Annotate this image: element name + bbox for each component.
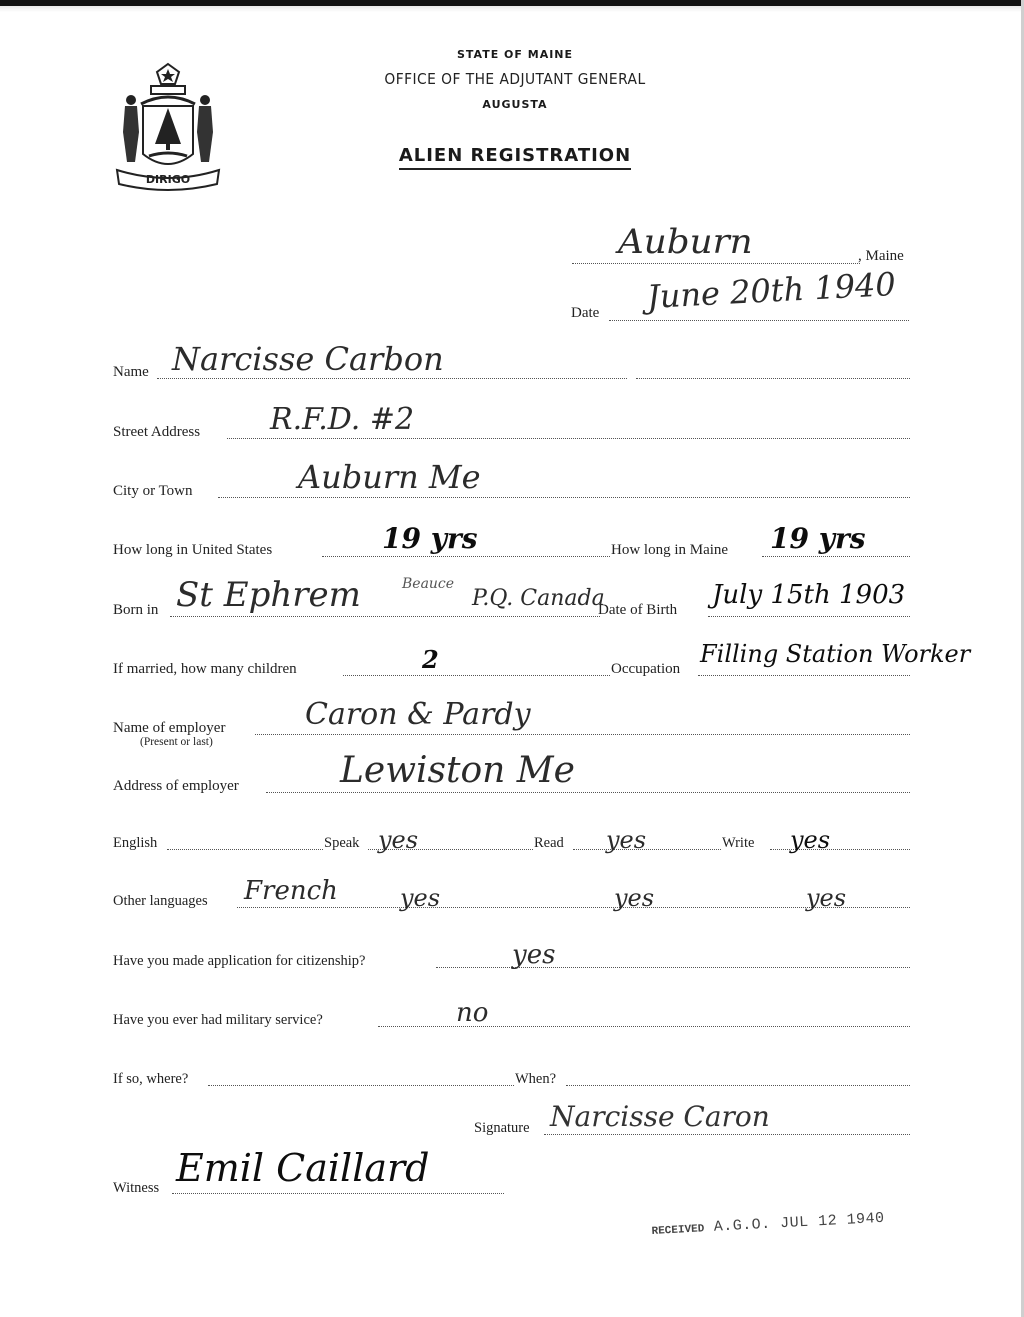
employer-name-line	[255, 733, 910, 735]
citizenship-line	[436, 966, 910, 968]
other-languages-field[interactable]: French	[244, 876, 338, 906]
header-state: STATE OF MAINE	[330, 48, 700, 61]
when-line	[566, 1084, 910, 1086]
date-field[interactable]: June 20th 1940	[646, 265, 897, 316]
city-line	[218, 496, 910, 498]
other-languages-speak-field[interactable]: yes	[400, 884, 440, 912]
occupation-line	[698, 674, 910, 676]
place-line	[572, 262, 860, 264]
signature-field[interactable]: Narcisse Caron	[550, 1100, 770, 1133]
signature-line	[544, 1133, 910, 1135]
signature-label: Signature	[474, 1120, 530, 1137]
date-of-birth-line	[708, 615, 910, 617]
english-label: English	[113, 835, 157, 852]
scan-shadow	[0, 6, 1024, 12]
how-long-us-label: How long in United States	[113, 542, 272, 559]
other-languages-write-field[interactable]: yes	[806, 884, 846, 912]
name-field[interactable]: Narcisse Carbon	[172, 340, 444, 378]
received-stamp: RECEIVED A.G.O. JUL 12 1940	[651, 1210, 885, 1239]
how-long-maine-field[interactable]: 19 yrs	[770, 522, 866, 555]
state-seal-icon: DIRIGO	[113, 62, 223, 192]
name-label: Name	[113, 364, 149, 381]
street-address-label: Street Address	[113, 424, 200, 441]
street-address-line	[227, 437, 910, 439]
date-line	[609, 319, 909, 321]
english-write-label: Write	[722, 835, 754, 852]
how-long-us-line	[322, 555, 610, 557]
other-languages-read-field[interactable]: yes	[614, 884, 654, 912]
military-service-label: Have you ever had military service?	[113, 1012, 323, 1029]
street-address-field[interactable]: R.F.D. #2	[270, 402, 414, 437]
name-line-2	[636, 377, 910, 379]
how-long-maine-line	[762, 555, 910, 557]
witness-line	[172, 1192, 504, 1194]
witness-field[interactable]: Emil Caillard	[176, 1146, 430, 1190]
born-in-suffix[interactable]: P.Q. Canada	[472, 586, 605, 611]
english-speak-field[interactable]: yes	[378, 826, 418, 854]
military-service-field[interactable]: no	[456, 998, 488, 1028]
born-in-line	[170, 615, 600, 617]
occupation-field[interactable]: Filling Station Worker	[700, 640, 970, 668]
employer-name-label: Name of employer	[113, 720, 225, 737]
employer-name-sublabel: (Present or last)	[140, 736, 213, 748]
occupation-label: Occupation	[611, 661, 680, 678]
other-languages-label: Other languages	[113, 893, 208, 910]
born-in-annotation: Beauce	[402, 576, 454, 592]
header-office: OFFICE OF THE ADJUTANT GENERAL	[345, 70, 685, 88]
english-read-label: Read	[534, 835, 564, 852]
witness-label: Witness	[113, 1180, 159, 1197]
form-title: ALIEN REGISTRATION	[330, 145, 700, 166]
place-suffix: , Maine	[858, 248, 904, 265]
citizenship-label: Have you made application for citizenshi…	[113, 953, 365, 970]
city-field[interactable]: Auburn Me	[298, 458, 481, 496]
where-line	[208, 1084, 514, 1086]
date-of-birth-field[interactable]: July 15th 1903	[712, 580, 905, 610]
employer-address-label: Address of employer	[113, 778, 239, 795]
how-long-us-field[interactable]: 19 yrs	[382, 522, 478, 555]
english-read-field[interactable]: yes	[606, 826, 646, 854]
employer-address-field[interactable]: Lewiston Me	[340, 750, 575, 791]
date-of-birth-label: Date of Birth	[598, 602, 677, 619]
when-label: When?	[515, 1071, 556, 1088]
children-line	[343, 674, 610, 676]
city-label: City or Town	[113, 483, 193, 500]
citizenship-field[interactable]: yes	[512, 940, 555, 970]
how-long-maine-label: How long in Maine	[611, 542, 728, 559]
header-city: AUGUSTA	[330, 98, 700, 111]
children-label: If married, how many children	[113, 661, 297, 678]
english-read-line	[573, 848, 721, 850]
place-field[interactable]: Auburn	[618, 222, 753, 262]
employer-address-line	[266, 791, 910, 793]
born-in-field[interactable]: St Ephrem	[176, 575, 361, 615]
where-label: If so, where?	[113, 1071, 188, 1088]
born-in-label: Born in	[113, 602, 158, 619]
children-field[interactable]: 2	[422, 645, 439, 674]
english-line	[167, 848, 323, 850]
english-speak-label: Speak	[324, 835, 359, 852]
svg-text:DIRIGO: DIRIGO	[146, 173, 190, 186]
english-write-field[interactable]: yes	[790, 826, 830, 854]
date-label: Date	[571, 305, 599, 322]
employer-name-field[interactable]: Caron & Pardy	[305, 697, 531, 732]
